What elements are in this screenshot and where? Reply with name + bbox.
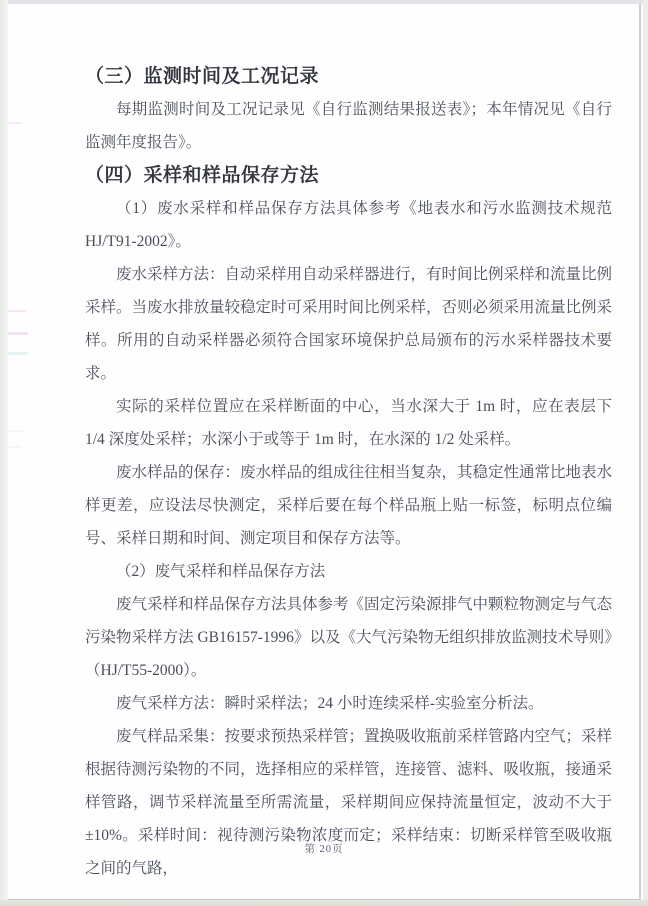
paragraph-gas-method: 废气采样方法：瞬时采样法；24 小时连续采样-实验室分析法。: [85, 687, 612, 720]
document-content: （三）监测时间及工况记录 每期监测时间及工况记录见《自行监测结果报送表》；本年情…: [85, 60, 612, 885]
scan-artifact: [8, 446, 22, 448]
paragraph-gas-reference: 废气采样和样品保存方法具体参考《固定污染源排气中颗粒物测定与气态污染物采样方法 …: [85, 588, 612, 687]
scanned-document-viewport: （三）监测时间及工况记录 每期监测时间及工况记录见《自行监测结果报送表》；本年情…: [0, 0, 648, 906]
scan-artifact: [8, 352, 28, 355]
paragraph-wastewater-method: 废水采样方法：自动采样用自动采样器进行，有时间比例采样和流量比例采样。当废水排放…: [85, 258, 612, 390]
scan-edge-left: [0, 0, 8, 906]
paragraph-sampling-position: 实际的采样位置应在采样断面的中心，当水深大于 1m 时，应在表层下 1/4 深度…: [85, 390, 612, 456]
scan-artifact: [8, 430, 24, 432]
paragraph-gas-subheading: （2）废气采样和样品保存方法: [85, 555, 612, 588]
scan-artifact: [8, 122, 22, 124]
scan-edge-top: [0, 0, 648, 4]
scan-artifact: [8, 332, 28, 335]
section-heading-monitoring-time: （三）监测时间及工况记录: [85, 60, 612, 93]
paragraph-monitoring-records: 每期监测时间及工况记录见《自行监测结果报送表》；本年情况见《自行监测年度报告》。: [85, 93, 612, 159]
paragraph-gas-collection: 废气样品采集：按要求预热采样管；置换吸收瓶前采样管路内空气；采样根据待测污染物的…: [85, 720, 612, 885]
paragraph-wastewater-reference: （1）废水采样和样品保存方法具体参考《地表水和污水监测技术规范HJ/T91-20…: [85, 192, 612, 258]
scan-edge-right: [643, 0, 648, 906]
section-heading-sampling-methods: （四）采样和样品保存方法: [85, 159, 612, 192]
scan-artifact: [8, 310, 26, 312]
page-number: 第 20页: [0, 841, 648, 856]
paragraph-sample-preservation: 废水样品的保存：废水样品的组成往往相当复杂，其稳定性通常比地表水样更差，应设法尽…: [85, 456, 612, 555]
scan-edge-bottom: [0, 900, 648, 906]
